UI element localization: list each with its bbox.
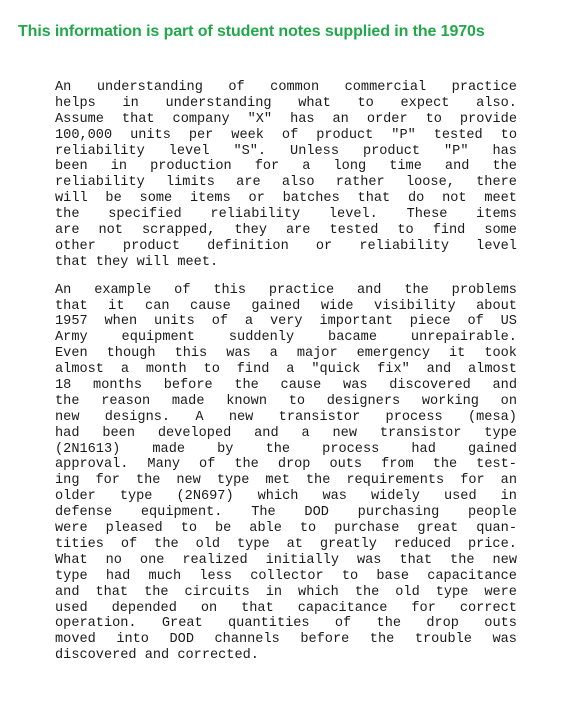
text-line: 18monthsbeforethecausewasdiscoveredand [55, 378, 517, 394]
text-line: Eventhoughthiswasamajoremergencyittook [55, 346, 517, 362]
text-line: almostamonthtofinda"quickfix"andalmost [55, 362, 517, 378]
text-line: titiesoftheoldtypeatgreatlyreducedprice. [55, 537, 517, 553]
text-line: reliabilitylevel"S".Unlessproduct"P"has [55, 144, 517, 160]
text-line: thatitcancausegainedwidevisibilityabout [55, 299, 517, 315]
text-line: useddependedonthatcapacitanceforcorrect [55, 601, 517, 617]
text-line: discovered and corrected. [55, 648, 517, 664]
text-line: 100,000unitsperweekofproduct"P"testedto [55, 128, 517, 144]
paragraph-example: Anexampleofthispracticeandtheproblemstha… [55, 283, 517, 664]
text-line: oldertype(2N697)whichwaswidelyusedin [55, 489, 517, 505]
text-line: newdesigns.Anewtransistorprocess(mesa) [55, 410, 517, 426]
text-line: approval.Manyofthedropoutsfromthetest- [55, 457, 517, 473]
text-line: 1957whenunitsofaveryimportantpieceofUS [55, 314, 517, 330]
page-header-note: This information is part of student note… [18, 23, 485, 41]
text-line: thereasonmadeknowntodesignersworkingon [55, 394, 517, 410]
paragraph-commercial-practice: Anunderstandingofcommoncommercialpractic… [55, 80, 517, 271]
text-line: (2N1613)madebytheprocesshadgained [55, 442, 517, 458]
text-line: Assumethatcompany"X"hasanordertoprovide [55, 112, 517, 128]
text-line: typehadmuchlesscollectortobasecapacitanc… [55, 569, 517, 585]
text-line: Anexampleofthispracticeandtheproblems [55, 283, 517, 299]
text-line: willbesomeitemsorbatchesthatdonotmeet [55, 191, 517, 207]
text-line: thespecifiedreliabilitylevel.Theseitems [55, 207, 517, 223]
text-line: werepleasedtobeabletopurchasegreatquan- [55, 521, 517, 537]
text-line: Armyequipmentsuddenlybacameunrepairable. [55, 330, 517, 346]
text-line: arenotscrapped,theyaretestedtofindsome [55, 223, 517, 239]
text-line: ingforthenewtypemettherequirementsforan [55, 473, 517, 489]
text-line: operation.Greatquantitiesofthedropouts [55, 616, 517, 632]
text-line: defenseequipment.TheDODpurchasingpeople [55, 505, 517, 521]
text-line: Anunderstandingofcommoncommercialpractic… [55, 80, 517, 96]
text-line: helpsinunderstandingwhattoexpectalso. [55, 96, 517, 112]
text-line: beeninproductionforalongtimeandthe [55, 159, 517, 175]
text-line: otherproductdefinitionorreliabilitylevel [55, 239, 517, 255]
text-line: andthatthecircuitsinwhichtheoldtypewere [55, 585, 517, 601]
document-body: Anunderstandingofcommoncommercialpractic… [55, 80, 517, 676]
text-line: reliabilitylimitsarealsoratherloose,ther… [55, 175, 517, 191]
text-line: that they will meet. [55, 255, 517, 271]
text-line: hadbeendevelopedandanewtransistortype [55, 426, 517, 442]
text-line: movedintoDODchannelsbeforethetroublewas [55, 632, 517, 648]
text-line: Whatnoonerealizedinitiallywasthatthenew [55, 553, 517, 569]
